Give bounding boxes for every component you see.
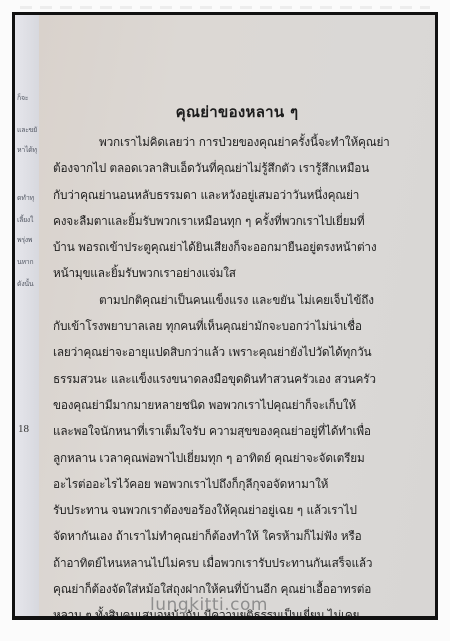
adjacent-text-snippet: นหาก: [17, 257, 33, 268]
text-line: จัดหากันเอง ถ้าเราไม่ทำคุณย่าก็ต้องทำให้…: [53, 523, 431, 549]
text-line: ของคุณย่ามีมากมายหลายชนิด พอพวกเราไปคุณย…: [53, 392, 431, 418]
adjacent-text-snippet: ดังนั้น: [17, 279, 33, 290]
text-line: รับประทาน จนพวกเราต้องขอร้องให้คุณย่าอยู…: [53, 497, 431, 523]
adjacent-text-snippet: เลี้ยงใ: [17, 215, 33, 226]
text-line: อะไรต่ออะไรไว้คอย พอพวกเราไปถึงก็กุลีกุจ…: [53, 471, 431, 497]
adjacent-text-snippet: พรุ่งพ: [17, 235, 32, 246]
page-number: 18: [18, 423, 29, 435]
watermark: lungkitti.com: [12, 595, 407, 615]
scanned-page-photo: ก็จะ และขยั หาได้ทุ ดทำทุ เลี้ยงใ พรุ่งพ…: [0, 0, 450, 641]
text-line: คงจะลืมตาและยิ้มรับพวกเราเหมือนทุก ๆ ครั…: [53, 208, 431, 234]
text-line: ถ้าอาทิตย์ไหนหลานไปไม่ครบ เมื่อพวกเรารับ…: [53, 550, 431, 576]
text-line: กับเข้าโรงพยาบาลเลย ทุกคนที่เห็นคุณย่ามั…: [53, 313, 431, 339]
text-line: ธรรมสวนะ และแข็งแรงขนาดลงมือขุดดินทำสวนค…: [53, 366, 431, 392]
text-line: หน้ามุขและยิ้มรับพวกเราอย่างแจ่มใส: [53, 260, 431, 286]
text-line: กับว่าคุณย่านอนหลับธรรมดา และหวังอยู่เสม…: [53, 182, 431, 208]
adjacent-page-edge: ก็จะ และขยั หาได้ทุ ดทำทุ เลี้ยงใ พรุ่งพ…: [15, 15, 40, 616]
text-line: และพอใจนักหนาที่เราเต็มใจรับ ความสุขของค…: [53, 418, 431, 444]
adjacent-text-snippet: ดทำทุ: [17, 193, 34, 204]
adjacent-text-snippet: ก็จะ: [17, 93, 28, 104]
text-line: ตามปกติคุณย่าเป็นคนแข็งแรง และขยัน ไม่เค…: [53, 287, 431, 313]
adjacent-text-snippet: และขยั: [17, 125, 37, 136]
photo-frame: ก็จะ และขยั หาได้ทุ ดทำทุ เลี้ยงใ พรุ่งพ…: [12, 12, 438, 620]
body-text: พวกเราไม่คิดเลยว่า การป่วยของคุณย่าครั้ง…: [53, 129, 431, 620]
chapter-title: คุณย่าของหลาน ๆ: [39, 100, 435, 124]
text-line: ลูกหลาน เวลาคุณพ่อพาไปเยี่ยมทุก ๆ อาทิตย…: [53, 445, 431, 471]
text-line: ต้องจากไป ตลอดเวลาสิบเอ็ดวันที่คุณย่าไม่…: [53, 155, 431, 181]
adjacent-text-snippet: หาได้ทุ: [17, 145, 37, 156]
scan-edge-noise: [20, 6, 430, 9]
book-page: คุณย่าของหลาน ๆ พวกเราไม่คิดเลยว่า การป่…: [39, 15, 435, 616]
text-line: บ้าน พอรถเข้าประตูคุณย่าได้ยินเสียงก็จะอ…: [53, 234, 431, 260]
text-line: เลยว่าคุณย่าจะอายุแปดสิบกว่าแล้ว เพราะคุ…: [53, 339, 431, 365]
text-line: พวกเราไม่คิดเลยว่า การป่วยของคุณย่าครั้ง…: [53, 129, 431, 155]
